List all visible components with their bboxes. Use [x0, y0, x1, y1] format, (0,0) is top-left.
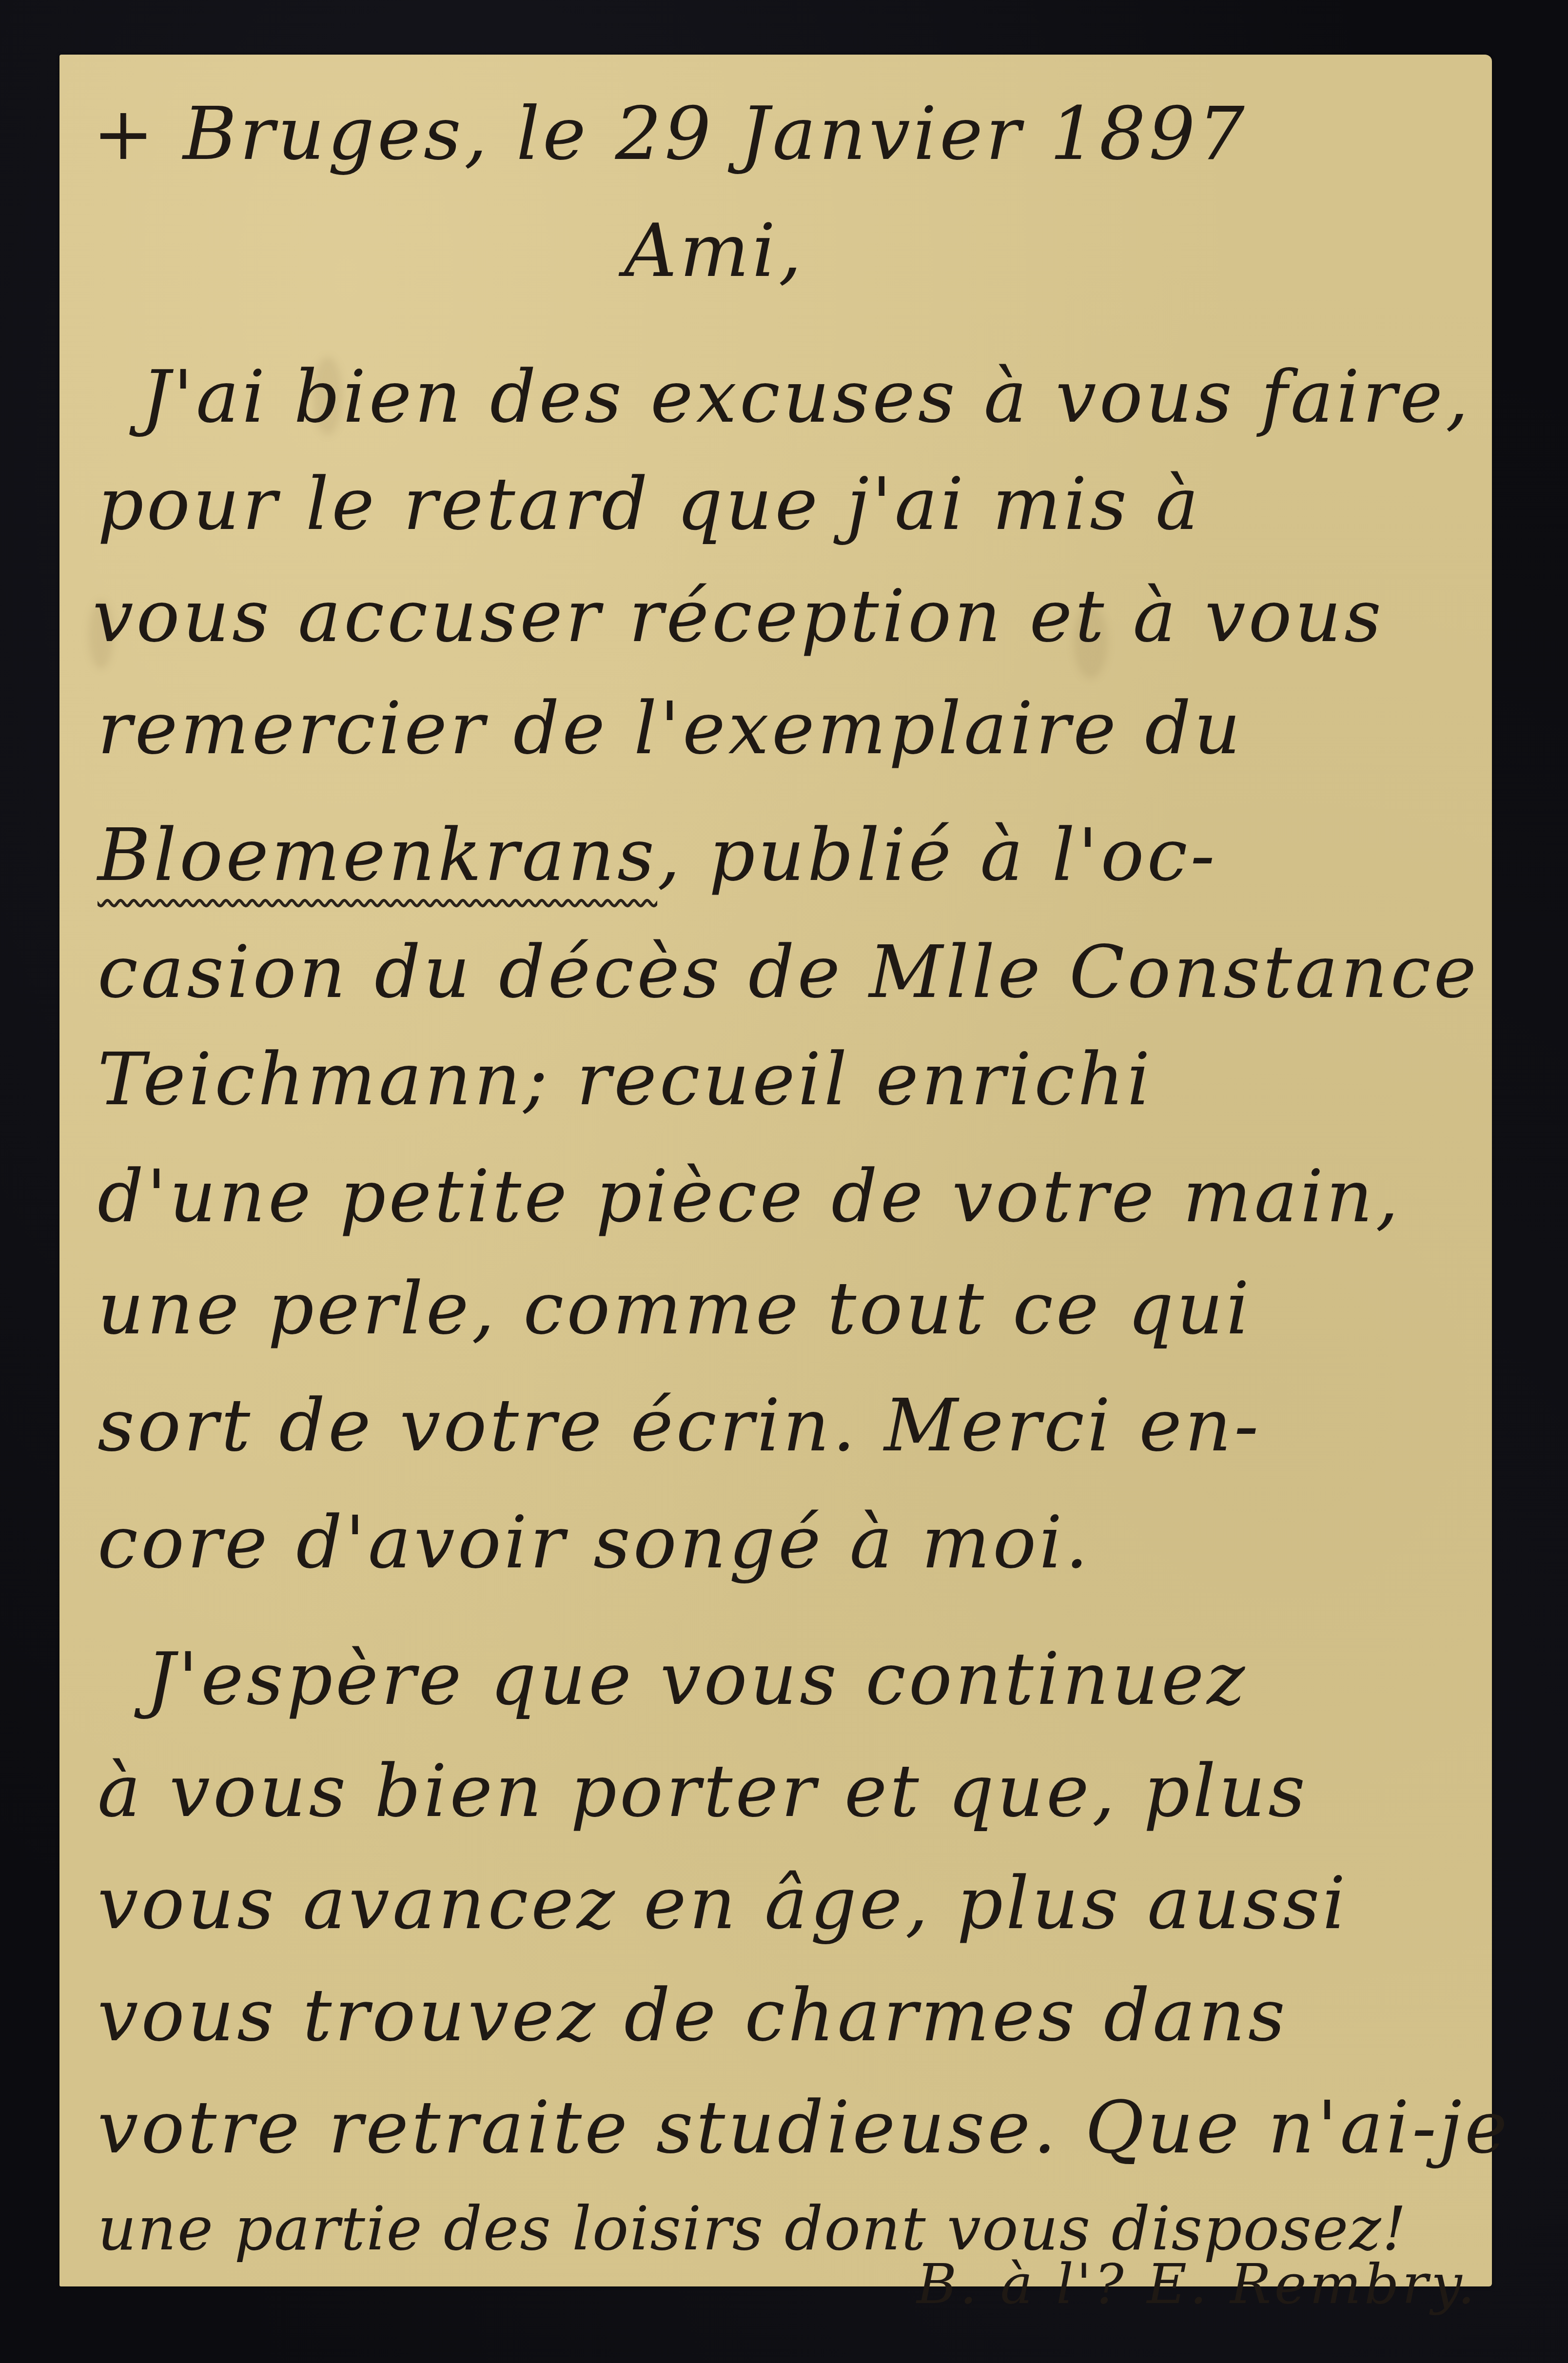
letter-line-4: remercier de l'exemplaire du — [98, 692, 1243, 764]
place-and-date: + Bruges, le 29 Janvier 1897 — [93, 98, 1248, 171]
underlined-title: Bloemenkrans — [98, 813, 657, 897]
letter-line-5: Bloemenkrans, publié à l'oc- — [98, 819, 1217, 891]
letter-line-9: une perle, comme tout ce qui — [98, 1272, 1252, 1345]
letter-line-1: J'ai bien des excuses à vous faire, — [141, 361, 1471, 433]
letter-line-7: Teichmann; recueil enrichi — [98, 1043, 1153, 1115]
letter-line-15: vous trouvez de charmes dans — [98, 1979, 1288, 2051]
letter-line-8: d'une petite pièce de votre main, — [98, 1160, 1401, 1232]
letter-line-11: core d'avoir songé à moi. — [98, 1506, 1091, 1579]
letter-line-13: à vous bien porter et que, plus — [98, 1755, 1308, 1827]
letter-line-14: vous avancez en âge, plus aussi — [98, 1867, 1349, 1939]
letter-line-12: J'espère que vous continuez — [146, 1643, 1248, 1715]
letter-line-2: pour le retard que j'ai mis à — [98, 468, 1201, 540]
letter-line-5-rest: , publié à l'oc- — [657, 813, 1218, 897]
letter-line-3: vous accuser réception et à vous — [93, 580, 1384, 652]
signature: B. à l'? E. Rembry. — [917, 2257, 1478, 2312]
letter-line-16: votre retraite studieuse. Que n'ai-je — [98, 2091, 1510, 2164]
letter-line-6: casion du décès de Mlle Constance — [98, 936, 1479, 1008]
letter-line-10: sort de votre écrin. Merci en- — [98, 1389, 1261, 1462]
salutation: Ami, — [624, 215, 804, 288]
letter-line-17: une partie des loisirs dont vous dispose… — [98, 2199, 1407, 2259]
